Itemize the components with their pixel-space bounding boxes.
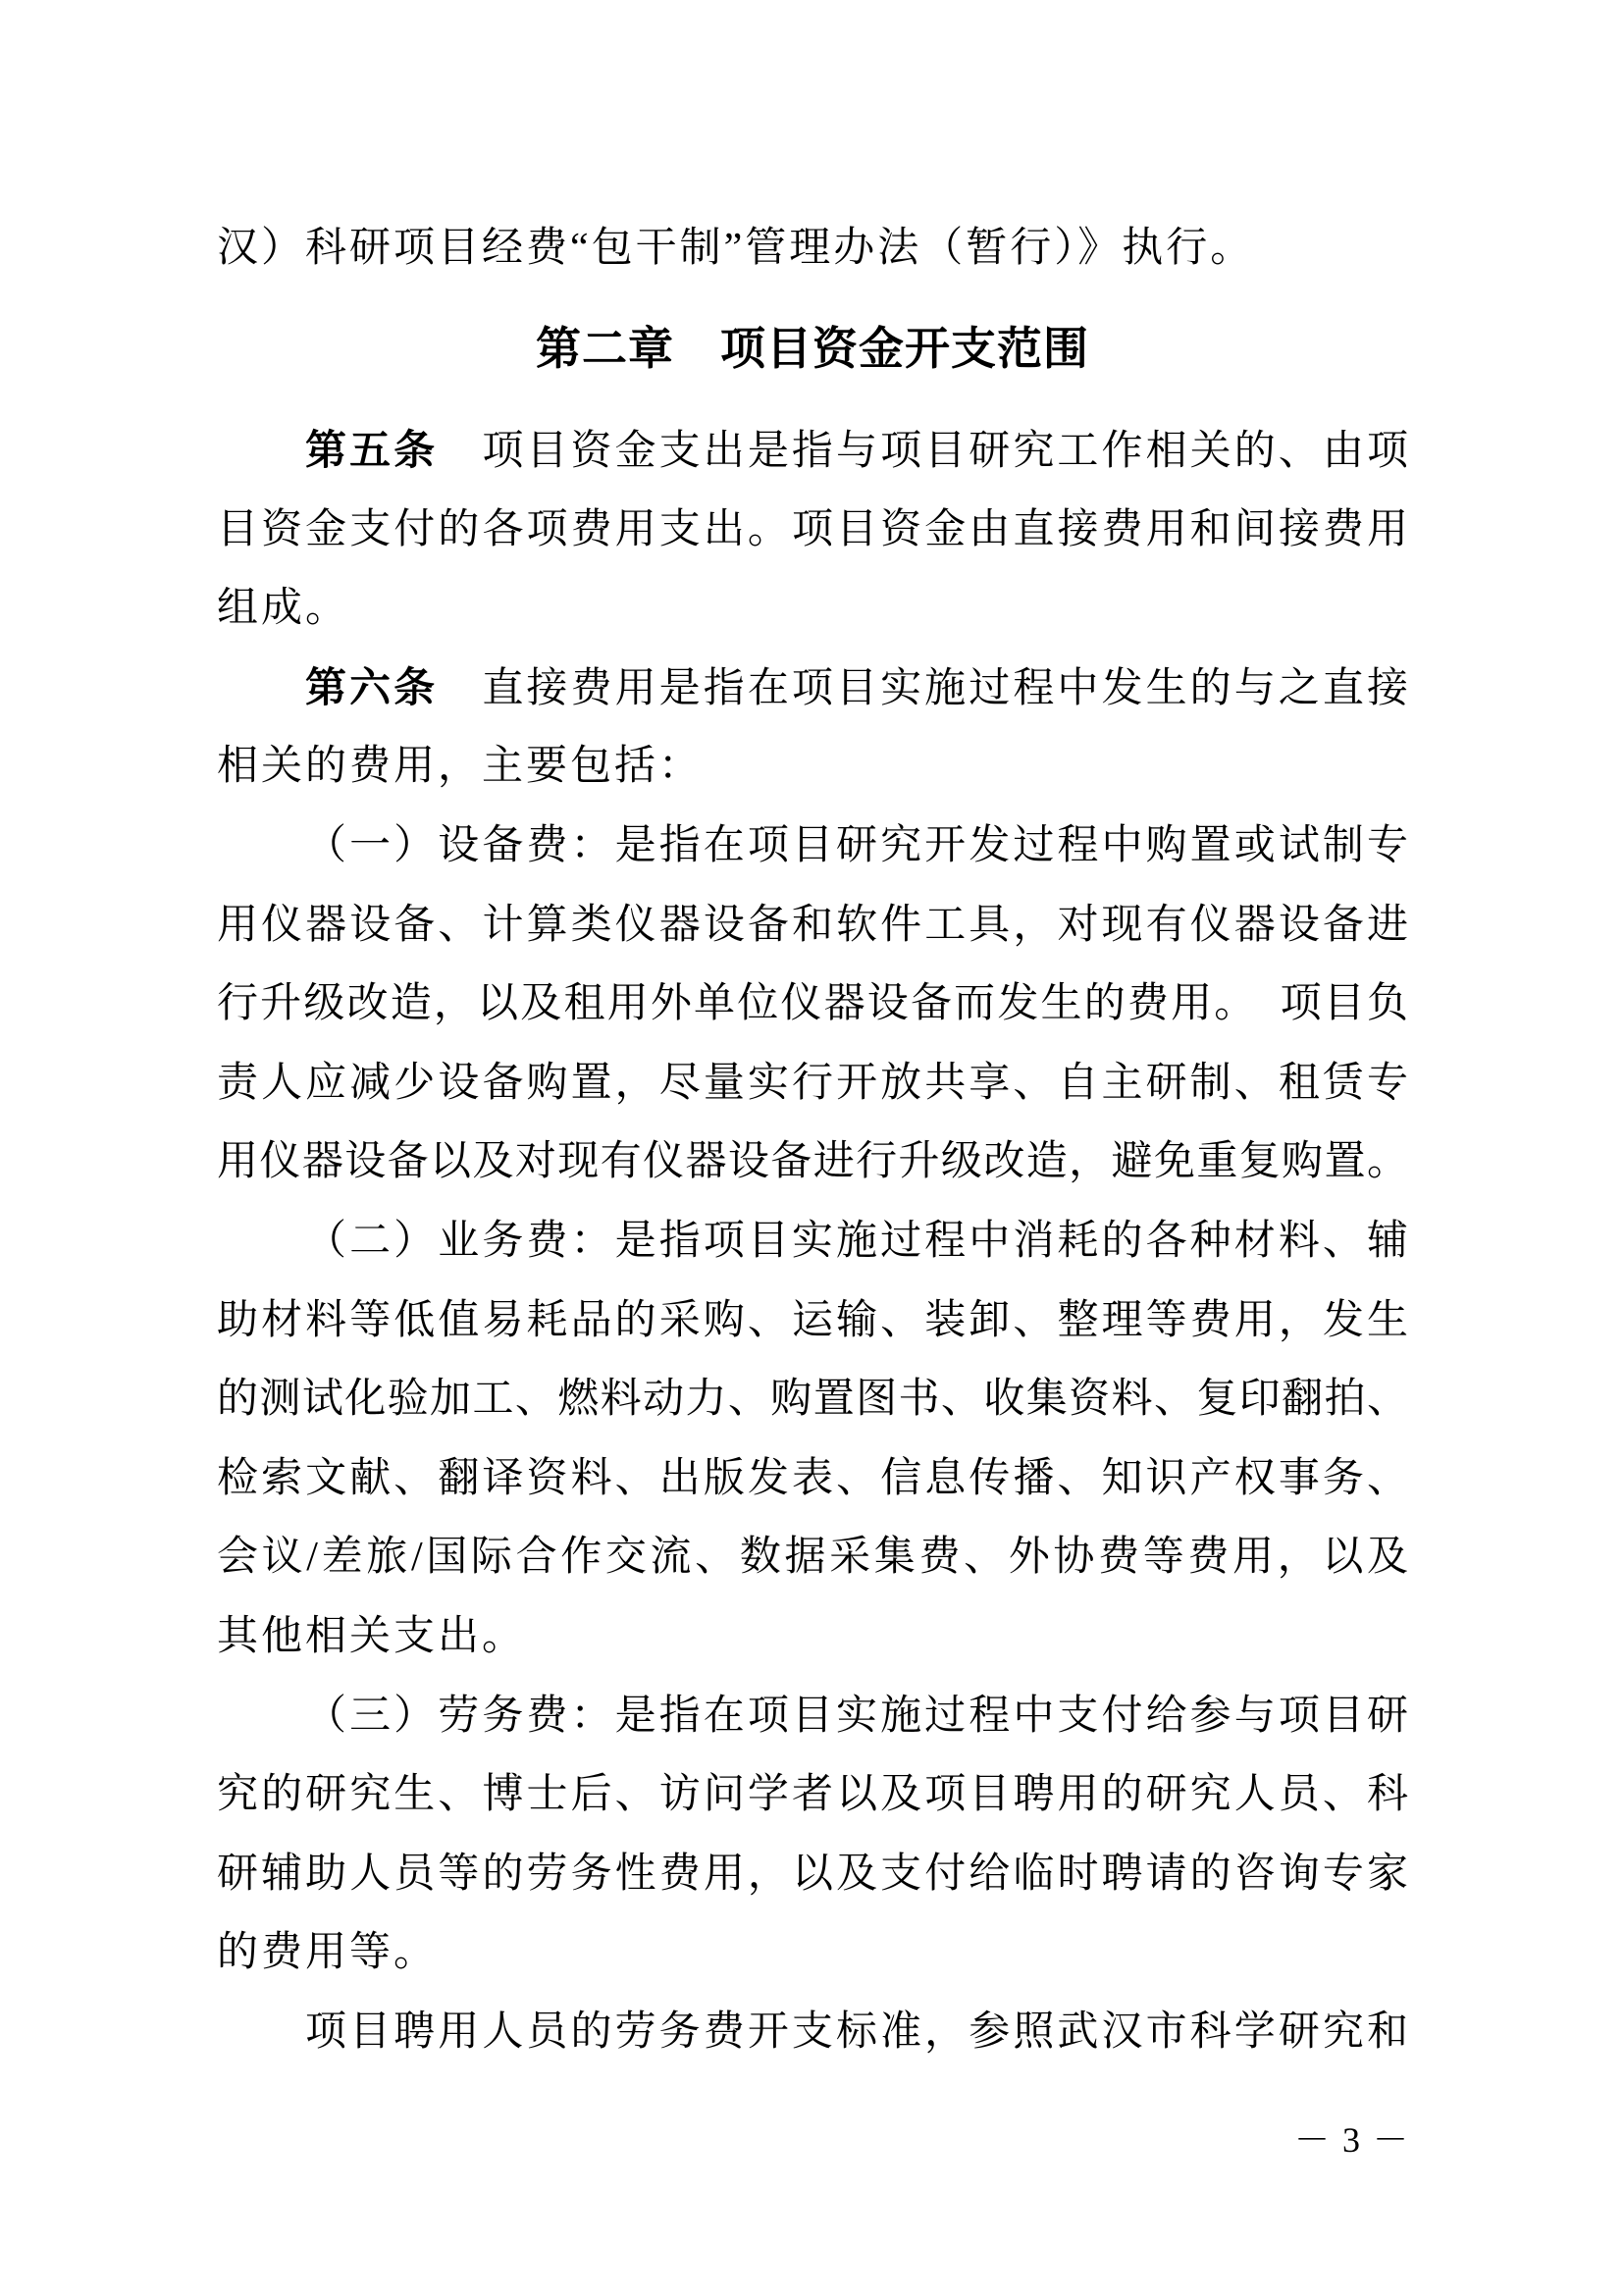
text-line: 的费用等。 (217, 1913, 1408, 1993)
text-segment: 助材料等低值易耗品的采购、运输、装卸、整理等费用，发生 (217, 1298, 1408, 1343)
text-segment: 会议/差旅/国际合作交流、数据采集费、外协费等费用，以及 (217, 1535, 1408, 1580)
text-line: 责人应减少设备购置，尽量实行开放共享、自主研制、租赁专 (217, 1044, 1408, 1123)
text-segment: 其他相关支出。 (217, 1614, 526, 1659)
text-segment: 目资金支付的各项费用支出。项目资金由直接费用和间接费用 (217, 507, 1408, 552)
text-segment: 的费用等。 (217, 1930, 438, 1975)
text-line: 用仪器设备以及对现有仪器设备进行升级改造，避免重复购置。 (217, 1122, 1408, 1202)
text-line: 检索文献、翻译资料、出版发表、信息传播、知识产权事务、 (217, 1439, 1408, 1519)
document-page: 汉）科研项目经费“包干制”管理办法（暂行）》执行。 第二章 项目资金开支范围 第… (0, 0, 1624, 2296)
text-segment: 组成。 (217, 586, 349, 631)
text-line: 相关的费用，主要包括： (217, 727, 1408, 807)
text-segment: （一）设备费：是指在项目研究开发过程中购置或试制专 (305, 823, 1408, 868)
text-line: （三）劳务费：是指在项目实施过程中支付给参与项目研 (217, 1677, 1408, 1756)
text-line: 会议/差旅/国际合作交流、数据采集费、外协费等费用，以及 (217, 1518, 1408, 1597)
text-line: 行升级改造，以及租用外单位仪器设备而发生的费用。 项目负 (217, 965, 1408, 1044)
text-segment: 相关的费用，主要包括： (217, 744, 703, 789)
text-segment: 研辅助人员等的劳务性费用，以及支付给临时聘请的咨询专家 (217, 1852, 1408, 1897)
text-segment: 用仪器设备、计算类仪器设备和软件工具，对现有仪器设备进 (217, 903, 1408, 948)
text-line: 项目聘用人员的劳务费开支标准，参照武汉市科学研究和 (217, 1993, 1408, 2072)
text-segment: 用仪器设备以及对现有仪器设备进行升级改造，避免重复购置。 (217, 1139, 1408, 1184)
text-segment: 项目资金支出是指与项目研究工作相关的、由项 (438, 429, 1408, 474)
text-line: 目资金支付的各项费用支出。项目资金由直接费用和间接费用 (217, 491, 1408, 570)
text-segment: 项目聘用人员的劳务费开支标准，参照武汉市科学研究和 (305, 2009, 1408, 2055)
text-segment: 责人应减少设备购置，尽量实行开放共享、自主研制、租赁专 (217, 1061, 1408, 1106)
text-line: 助材料等低值易耗品的采购、运输、装卸、整理等费用，发生 (217, 1281, 1408, 1361)
text-segment: 的测试化验加工、燃料动力、购置图书、收集资料、复印翻拍、 (217, 1377, 1408, 1422)
paragraph-lines: 第五条 项目资金支出是指与项目研究工作相关的、由项目资金支付的各项费用支出。项目… (217, 411, 1408, 2071)
article-number-bold: 第五条 (305, 427, 438, 473)
page-number: － 3 － (1294, 2113, 1410, 2163)
text-line: 第五条 项目资金支出是指与项目研究工作相关的、由项 (217, 411, 1408, 491)
text-segment: 究的研究生、博士后、访问学者以及项目聘用的研究人员、科 (217, 1772, 1408, 1817)
text-line: 的测试化验加工、燃料动力、购置图书、收集资料、复印翻拍、 (217, 1360, 1408, 1439)
text-segment: 行升级改造，以及租用外单位仪器设备而发生的费用。 项目负 (217, 981, 1408, 1026)
document-body: 汉）科研项目经费“包干制”管理办法（暂行）》执行。 第二章 项目资金开支范围 第… (217, 209, 1408, 2071)
continuation-line: 汉）科研项目经费“包干制”管理办法（暂行）》执行。 (217, 209, 1408, 287)
text-line: 其他相关支出。 (217, 1597, 1408, 1677)
article-number-bold: 第六条 (305, 664, 438, 710)
text-segment: （二）业务费：是指项目实施过程中消耗的各种材料、辅 (305, 1219, 1408, 1264)
text-segment: 直接费用是指在项目实施过程中发生的与之直接 (438, 666, 1408, 711)
text-line: （一）设备费：是指在项目研究开发过程中购置或试制专 (217, 807, 1408, 886)
text-line: 第六条 直接费用是指在项目实施过程中发生的与之直接 (217, 649, 1408, 728)
text-line: 究的研究生、博士后、访问学者以及项目聘用的研究人员、科 (217, 1755, 1408, 1835)
text-line: 研辅助人员等的劳务性费用，以及支付给临时聘请的咨询专家 (217, 1835, 1408, 1914)
text-line: 用仪器设备、计算类仪器设备和软件工具，对现有仪器设备进 (217, 886, 1408, 965)
text-line: 组成。 (217, 569, 1408, 649)
chapter-heading: 第二章 项目资金开支范围 (217, 309, 1408, 388)
text-segment: 检索文献、翻译资料、出版发表、信息传播、知识产权事务、 (217, 1456, 1408, 1501)
text-line: （二）业务费：是指项目实施过程中消耗的各种材料、辅 (217, 1202, 1408, 1281)
text-segment: （三）劳务费：是指在项目实施过程中支付给参与项目研 (305, 1694, 1408, 1739)
